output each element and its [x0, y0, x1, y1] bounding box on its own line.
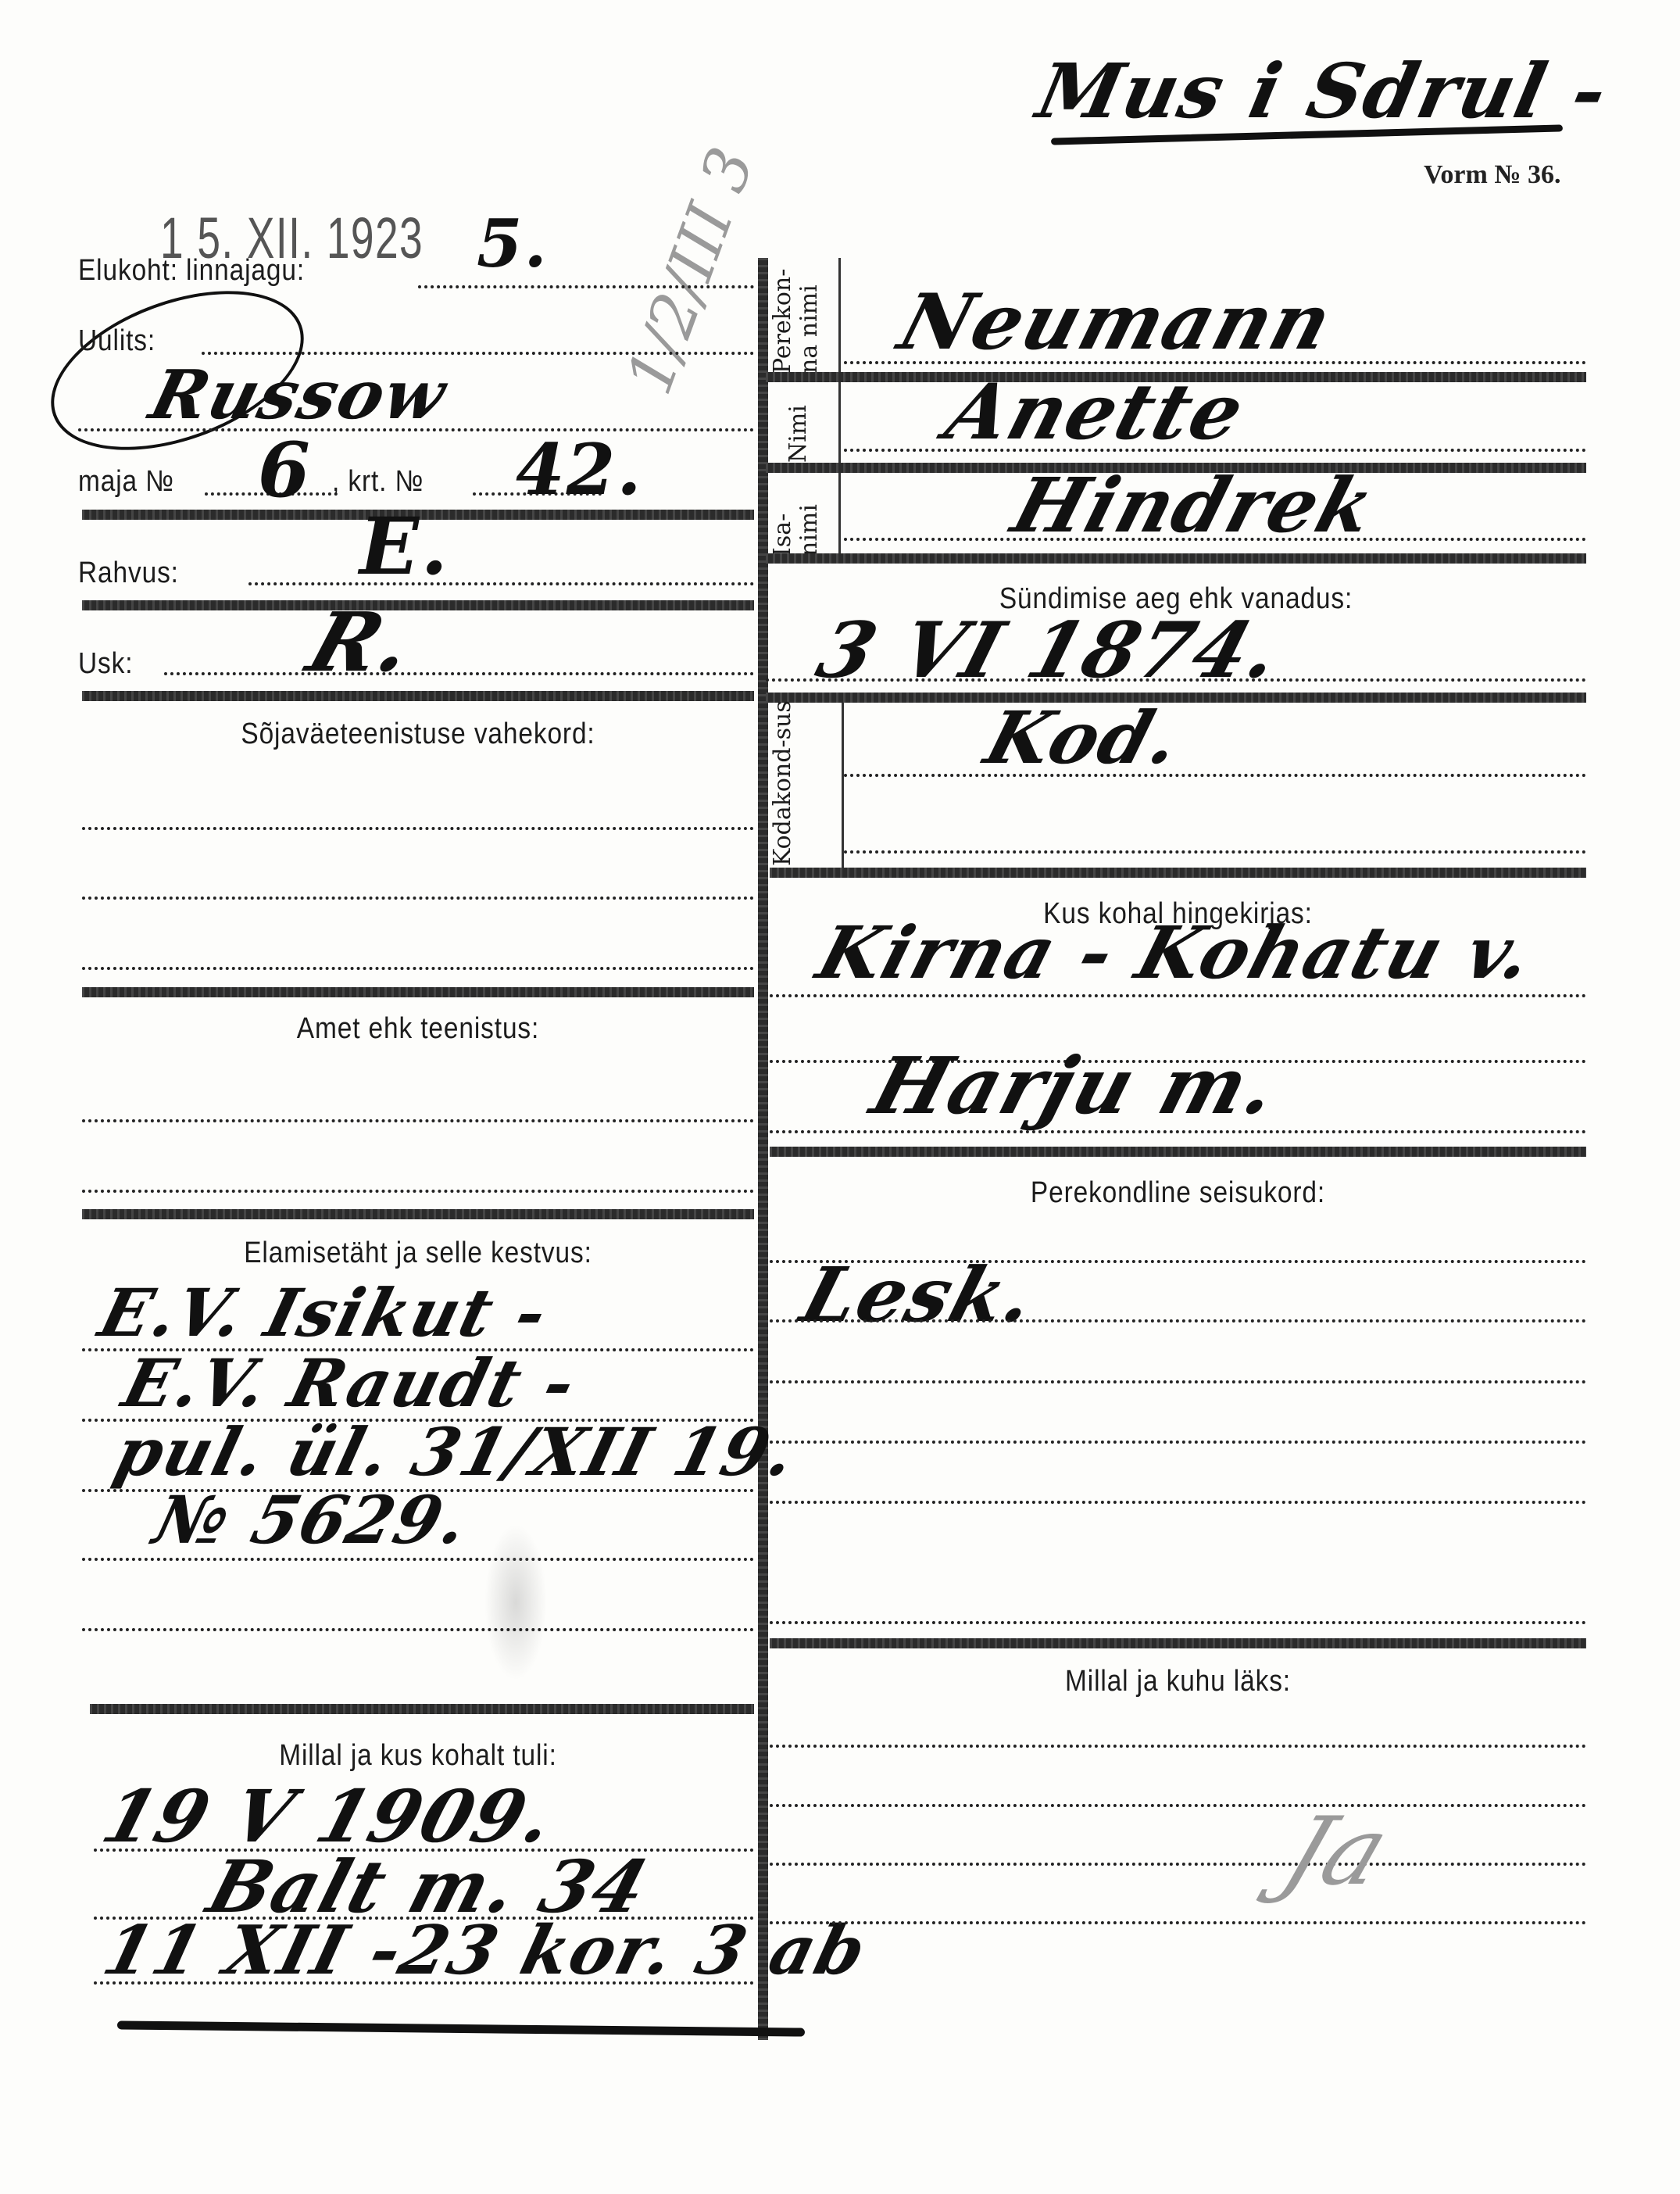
departure-label: Millal ja kuhu läks: — [819, 1665, 1538, 1698]
apartment-number-value: 42. — [516, 428, 643, 511]
ink-smudge — [484, 1524, 547, 1680]
district-line[interactable] — [418, 285, 754, 288]
apartment-number-label: , krt. № — [332, 465, 424, 499]
family-status-value: Lesk. — [792, 1251, 1046, 1339]
family-status-line-2[interactable] — [770, 1319, 1586, 1322]
rule-after-occupation — [82, 1209, 754, 1219]
military-service-line-3[interactable] — [82, 967, 754, 970]
occupation-label: Amet ehk teenistus: — [123, 1012, 714, 1046]
surname-label: Perekon-na nimi — [770, 256, 823, 374]
citizenship-value: Kod. — [977, 696, 1192, 780]
street-label: Uulits: — [78, 324, 155, 358]
first-name-line[interactable] — [844, 449, 1586, 452]
column-divider — [758, 258, 768, 2040]
first-name-label: Nimi — [785, 405, 812, 463]
departure-line-3[interactable] — [770, 1863, 1586, 1866]
residence-permit-line-2-text: E.V. Raudt - — [116, 1344, 584, 1422]
rule-after-residence-permit — [90, 1704, 754, 1714]
rule-after-religion — [82, 691, 754, 701]
father-name-label: Isa-nimi — [770, 471, 823, 557]
label-column-line-citizenship — [842, 698, 844, 872]
bottom-rule — [117, 2020, 805, 2036]
occupation-line-1[interactable] — [82, 1119, 754, 1122]
birth-line[interactable] — [766, 678, 1586, 682]
rule-after-citizenship — [770, 868, 1586, 878]
house-number-label: maja № — [78, 465, 174, 499]
residence-permit-line-1-text: E.V. Isikut - — [92, 1274, 556, 1351]
arrival-line-3-text: 11 XII -23 kor. 3 ab — [95, 1911, 874, 1990]
street-line-2[interactable] — [78, 428, 754, 431]
rule-after-father-name — [766, 553, 1586, 564]
residence-permit-line-4[interactable] — [82, 1558, 754, 1561]
district-label: Elukoht: linnajagu: — [78, 254, 305, 288]
residence-permit-line-3-text: pul. ül. 31/XII 19. — [108, 1413, 804, 1491]
registry-line-3-text: Harju m. — [862, 1040, 1289, 1132]
pencil-mark: 1/2/III 3 — [613, 138, 768, 403]
departure-line-2[interactable] — [770, 1804, 1586, 1807]
residence-permit-line-4-text: № 5629. — [147, 1481, 477, 1559]
family-status-line-5[interactable] — [770, 1501, 1586, 1504]
street-line-1[interactable] — [202, 352, 754, 355]
arrival-line-3[interactable] — [94, 1981, 754, 1985]
nationality-label: Rahvus: — [78, 557, 179, 590]
arrival-label: Millal ja kus kohalt tuli: — [123, 1739, 714, 1773]
military-service-line-1[interactable] — [82, 827, 754, 830]
citizenship-line-1[interactable] — [844, 774, 1586, 777]
rule-after-military — [82, 987, 754, 997]
citizenship-label-text: Kodakond-sus — [769, 700, 796, 866]
citizenship-line-2[interactable] — [844, 850, 1586, 854]
rule-after-family-status — [770, 1638, 1586, 1648]
family-status-label: Perekondline seisukord: — [819, 1176, 1538, 1210]
family-status-line-3[interactable] — [770, 1380, 1586, 1383]
birth-value: 3 VI 1874. — [808, 606, 1291, 696]
surname-label-text: Perekon-na nimi — [769, 269, 823, 374]
rule-after-registry — [770, 1147, 1586, 1157]
registry-line-1[interactable] — [770, 994, 1586, 997]
form-number: Vorm № 36. — [1424, 160, 1561, 190]
religion-label: Usk: — [78, 647, 133, 681]
departure-line-1[interactable] — [770, 1745, 1586, 1748]
military-service-label: Sõjaväeteenistuse vahekord: — [123, 718, 714, 751]
departure-line-4[interactable] — [770, 1921, 1586, 1924]
surname-line[interactable] — [844, 361, 1586, 364]
religion-line[interactable] — [164, 672, 754, 675]
top-signature: Mus i Sdrul - — [1030, 47, 1616, 135]
first-name-value: Anette — [937, 367, 1256, 457]
military-service-line-2[interactable] — [82, 897, 754, 900]
family-status-line-4[interactable] — [770, 1441, 1586, 1444]
residence-permit-label: Elamisetäht ja selle kestvus: — [123, 1237, 714, 1270]
nationality-line[interactable] — [248, 582, 754, 585]
label-column-line-names — [838, 258, 841, 559]
surname-value: Neumann — [890, 277, 1343, 367]
house-number-value: 6 — [258, 426, 312, 514]
stamp-annotation: 5. — [477, 205, 549, 282]
family-status-line-6[interactable] — [770, 1621, 1586, 1624]
departure-pencil-initials: Ja — [1270, 1798, 1403, 1906]
registry-line-3[interactable] — [770, 1130, 1586, 1133]
father-name-line[interactable] — [844, 538, 1586, 541]
residence-permit-line-5[interactable] — [82, 1628, 754, 1631]
registration-card: Mus i Sdrul - Vorm № 36. 1 5. XII. 1923 … — [0, 0, 1680, 2194]
registry-line-1-text: Kirna - Kohatu v. — [809, 911, 1544, 995]
father-name-value: Hindrek — [1003, 461, 1385, 549]
father-name-label-text: Isa-nimi — [769, 504, 823, 557]
citizenship-label: Kodakond-sus — [770, 694, 796, 866]
nationality-value: E. — [359, 500, 449, 592]
occupation-line-2[interactable] — [82, 1190, 754, 1193]
street-value: Russow — [142, 356, 454, 435]
